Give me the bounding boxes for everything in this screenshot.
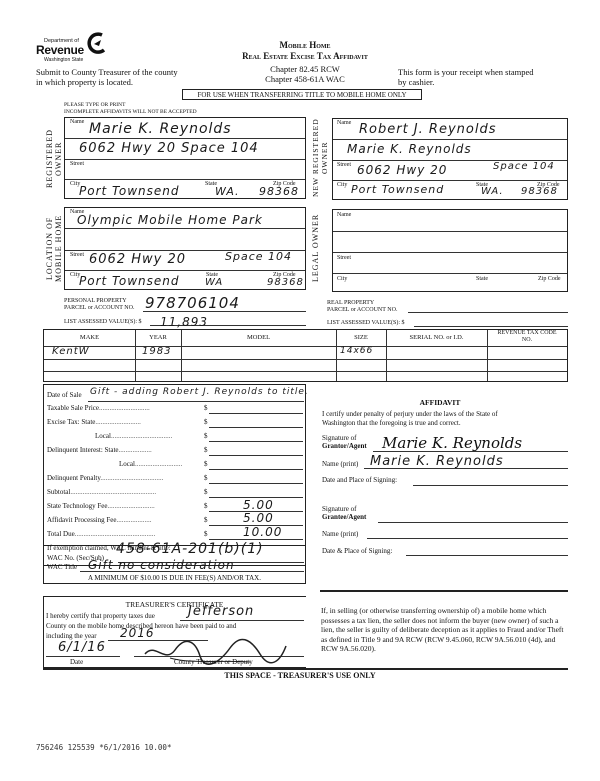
new-registered-owner-label: NEW REGISTERED OWNER	[311, 116, 333, 200]
new-owner-street-label: Street	[337, 162, 351, 168]
receipt-note: This form is your receipt when stamped b…	[398, 67, 534, 87]
location-city-field[interactable]: Port Townsend	[79, 274, 180, 288]
reg-owner-state-field[interactable]: WA.	[215, 185, 240, 198]
grantor-signature-label: Signature of Grantor/Agent	[322, 434, 367, 450]
grantee-name-field[interactable]	[367, 538, 568, 539]
registered-owner-box: Name Marie K. Reynolds 6062 Hwy 20 Space…	[64, 117, 306, 199]
pp-assessed-label: LIST ASSESSED VALUE(S): $	[64, 319, 142, 325]
grantee-sig-label-2: Grantee/Agent	[322, 513, 366, 521]
logo-state: Washington State	[44, 57, 83, 63]
incomplete-note: INCOMPLETE AFFIDAVITS WILL NOT BE ACCEPT…	[64, 109, 197, 115]
treasurer-line-3: including the year	[46, 632, 97, 640]
new-owner-state-field[interactable]: WA.	[481, 186, 504, 197]
new-owner-city-field[interactable]: Port Townsend	[351, 183, 444, 196]
new-owner-name-label: Name	[337, 120, 351, 126]
location-name-field[interactable]: Olympic Mobile Home Park	[77, 213, 263, 227]
treasurer-certificate-title: TREASURER'S CERTIFICATE	[43, 600, 306, 609]
submit-instruction: Submit to County Treasurer of the county…	[36, 67, 178, 87]
title-line-1: Mobile Home	[210, 40, 400, 50]
grantor-sig-label-1: Signature of	[322, 434, 367, 442]
usage-banner: FOR USE WHEN TRANSFERRING TITLE TO MOBIL…	[182, 89, 422, 100]
receipt-line-2: by cashier.	[398, 77, 534, 87]
col-header-serial: SERIAL NO. or I.D.	[386, 334, 487, 341]
title-line-2: Real Estate Excise Tax Affidavit	[210, 51, 400, 61]
col-header-model: MODEL	[181, 334, 336, 341]
section-divider	[320, 590, 568, 592]
submit-line-2: in which property is located.	[36, 77, 178, 87]
certify-line-1: I certify under penalty of perjury under…	[322, 410, 498, 419]
location-box: Name Olympic Mobile Home Park Street 606…	[64, 207, 306, 290]
rp-label-1: REAL PROPERTY	[327, 300, 397, 307]
grantor-name-field[interactable]: Marie K. Reynolds	[370, 454, 504, 469]
new-owner-name-field[interactable]: Robert J. Reynolds	[359, 122, 496, 137]
reg-owner-line2-field[interactable]: 6062 Hwy 20 Space 104	[79, 141, 259, 156]
reg-owner-zip-field[interactable]: 98368	[259, 185, 299, 198]
grantee-date-label: Date & Place of Signing:	[322, 547, 392, 555]
legal-owner-zip-label: Zip Code	[538, 276, 561, 282]
receipt-line-1: This form is your receipt when stamped	[398, 67, 534, 77]
col-header-year: YEAR	[135, 334, 181, 341]
tax-lien-notice: If, in selling (or otherwise transferrin…	[321, 606, 566, 654]
mobile-home-details-table: MAKE YEAR MODEL SIZE SERIAL NO. or I.D. …	[43, 329, 568, 382]
legal-owner-box: Name Street City State Zip Code	[332, 209, 568, 292]
type-or-print-note: PLEASE TYPE OR PRINT	[64, 102, 125, 108]
grantor-sig-label-2: Grantor/Agent	[322, 442, 367, 450]
personal-assessed-value-field[interactable]: 11,893	[160, 315, 208, 329]
chapter-wac: Chapter 458-61A WAC	[210, 74, 400, 84]
location-state-field[interactable]: WA	[205, 277, 223, 288]
new-registered-owner-box: Name Robert J. Reynolds Marie K. Reynold…	[332, 118, 568, 200]
rp-assessed-label: LIST ASSESSED VALUE(S): $	[327, 320, 405, 326]
county-treasurer-label: County Treasurer or Deputy	[174, 658, 253, 666]
location-street-extra-field[interactable]: Space 104	[225, 250, 292, 263]
new-owner-zip-field[interactable]: 98368	[521, 186, 558, 197]
real-property-label: REAL PROPERTY PARCEL or ACCOUNT NO.	[327, 300, 397, 314]
minimum-due-note: A MINIMUM OF $10.00 IS DUE IN FEE(S) AND…	[43, 574, 306, 582]
location-street-label: Street	[70, 252, 84, 258]
grantee-signature-field[interactable]	[378, 522, 568, 523]
pp-label-2: PARCEL or ACCOUNT NO.	[64, 305, 134, 312]
grantor-date-field[interactable]	[413, 485, 568, 486]
rp-label-2: PARCEL or ACCOUNT NO.	[327, 307, 397, 314]
col-header-size: SIZE	[336, 334, 386, 341]
real-account-no-field[interactable]	[408, 312, 568, 313]
new-owner-city-label: City	[337, 182, 347, 188]
col-header-make: MAKE	[44, 334, 135, 341]
legal-owner-label: LEGAL OWNER	[311, 208, 333, 288]
cell-make[interactable]: KentW	[52, 346, 90, 357]
grantee-sig-label-1: Signature of	[322, 505, 366, 513]
dor-swirl-logo-icon	[86, 32, 108, 56]
treasurer-date-label: Date	[70, 658, 83, 666]
treasurer-date-field[interactable]: 6/1/16	[58, 640, 106, 655]
reg-owner-name-field[interactable]: Marie K. Reynolds	[89, 121, 232, 137]
dor-logo: Department of Revenue Washington State	[36, 32, 106, 62]
form-title: Mobile Home Real Estate Excise Tax Affid…	[210, 40, 400, 84]
legal-owner-street-label: Street	[337, 255, 351, 261]
legal-owner-city-label: City	[337, 276, 347, 282]
tax-box-lower	[43, 384, 306, 584]
grantee-date-field[interactable]	[406, 555, 568, 556]
grantor-signature-field[interactable]: Marie K. Reynolds	[382, 434, 522, 452]
grantor-name-label: Name (print)	[322, 460, 358, 468]
reg-owner-name-label: Name	[70, 119, 84, 125]
usage-banner-text: FOR USE WHEN TRANSFERRING TITLE TO MOBIL…	[197, 91, 406, 99]
col-header-revenue-code: REVENUE TAX CODE NO.	[496, 330, 558, 344]
grantee-name-label: Name (print)	[322, 530, 358, 538]
treasurer-use-only-banner: THIS SPACE - TREASURER'S USE ONLY	[150, 671, 450, 680]
location-zip-field[interactable]: 98368	[267, 277, 304, 288]
cashier-stamp: 756246 125539 *6/1/2016 10.00*	[36, 743, 171, 752]
treasurer-line-1: I hereby certify that property taxes due	[46, 612, 155, 620]
reg-owner-city-field[interactable]: Port Townsend	[79, 184, 180, 198]
pp-label-1: PERSONAL PROPERTY	[64, 298, 134, 305]
reg-owner-street-label: Street	[70, 161, 84, 167]
legal-owner-name-label: Name	[337, 212, 351, 218]
grantor-date-label: Date and Place of Signing:	[322, 476, 397, 484]
new-owner-street-extra-field[interactable]: Space 104	[493, 161, 555, 172]
wac-title-field[interactable]: Gift no consideration	[88, 558, 235, 572]
personal-account-no-field[interactable]: 978706104	[145, 294, 240, 312]
grantee-signature-label: Signature of Grantee/Agent	[322, 505, 366, 521]
new-owner-street-field[interactable]: 6062 Hwy 20	[357, 163, 447, 177]
chapter-rcw: Chapter 82.45 RCW	[210, 64, 400, 74]
new-owner-line2-field[interactable]: Marie K. Reynolds	[347, 142, 472, 156]
logo-name: Revenue	[36, 43, 84, 57]
legal-owner-state-label: State	[476, 276, 488, 282]
treasurer-county-field[interactable]: Jefferson	[188, 604, 254, 619]
cell-size[interactable]: 14x66	[340, 346, 373, 356]
personal-property-label: PERSONAL PROPERTY PARCEL or ACCOUNT NO.	[64, 298, 134, 312]
affidavit-title: AFFIDAVIT	[310, 398, 570, 407]
certify-line-2: Washington that the foregoing is true an…	[322, 419, 498, 428]
cell-year[interactable]: 1983	[142, 346, 171, 357]
submit-line-1: Submit to County Treasurer of the county	[36, 67, 178, 77]
affidavit-certification: I certify under penalty of perjury under…	[322, 410, 498, 428]
real-assessed-value-field[interactable]	[414, 326, 568, 327]
location-street-field[interactable]: 6062 Hwy 20	[89, 252, 186, 267]
